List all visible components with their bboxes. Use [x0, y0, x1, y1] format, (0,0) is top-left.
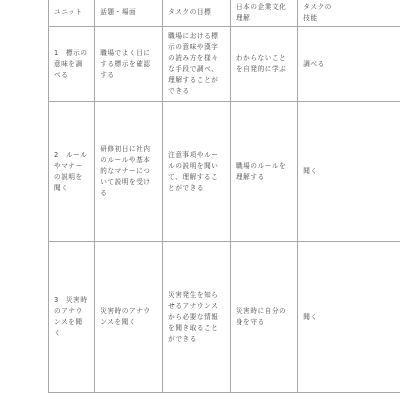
table-row: 3 災害時のアナウンスを聞く 災害時のアナウンスを聞く 災害発生を知らせるアナウ…	[49, 242, 400, 393]
table-row: 1 標示の意味を調べる 職場でよく目にする標示を確認する 職場における標示の意味…	[49, 27, 400, 102]
cell-culture: 災害時に自分の身を守る	[230, 242, 297, 393]
table-header-row: ユニット 話題・場面 タスクの目標 日本の企業文化理解 タスクの 技能	[49, 0, 400, 27]
cell-culture: わからないことを自発的に学ぶ	[230, 27, 297, 102]
cell-unit: 1 標示の意味を調べる	[49, 27, 95, 102]
cell-topic: 職場でよく目にする標示を確認する	[95, 27, 163, 102]
header-culture: 日本の企業文化理解	[230, 0, 297, 27]
cell-skill: 聞く	[298, 242, 400, 393]
cell-goal: 災害発生を知らせるアナウンスから必要な情報を聞き取ることができる	[163, 242, 231, 393]
header-skill-line1: タスクの	[303, 3, 332, 11]
cell-skill: 調べる	[298, 27, 400, 102]
header-skill: タスクの 技能	[298, 0, 400, 27]
task-table: ユニット 話題・場面 タスクの目標 日本の企業文化理解 タスクの 技能 1 標示…	[48, 0, 400, 393]
cell-topic: 災害時のアナウンスを聞く	[95, 242, 163, 393]
header-goal: タスクの目標	[163, 0, 231, 27]
cell-goal: 注意事項やルールの説明を聞いて、理解することができる	[163, 102, 231, 242]
header-unit: ユニット	[49, 0, 95, 27]
cell-unit: 3 災害時のアナウンスを聞く	[49, 242, 95, 393]
cell-skill: 聞く	[298, 102, 400, 242]
cell-goal: 職場における標示の意味や漢字の読み方を様々な手段で調べ、理解することができる	[163, 27, 231, 102]
table-row: 2 ルールやマナーの説明を聞く 研修初日に社内のルールや基本的なマナーについて説…	[49, 102, 400, 242]
cell-unit: 2 ルールやマナーの説明を聞く	[49, 102, 95, 242]
header-skill-line2: 技能	[303, 14, 317, 22]
header-topic: 話題・場面	[95, 0, 163, 27]
cell-culture: 職場のルールを理解する	[230, 102, 297, 242]
cell-topic: 研修初日に社内のルールや基本的なマナーについて説明を受ける	[95, 102, 163, 242]
